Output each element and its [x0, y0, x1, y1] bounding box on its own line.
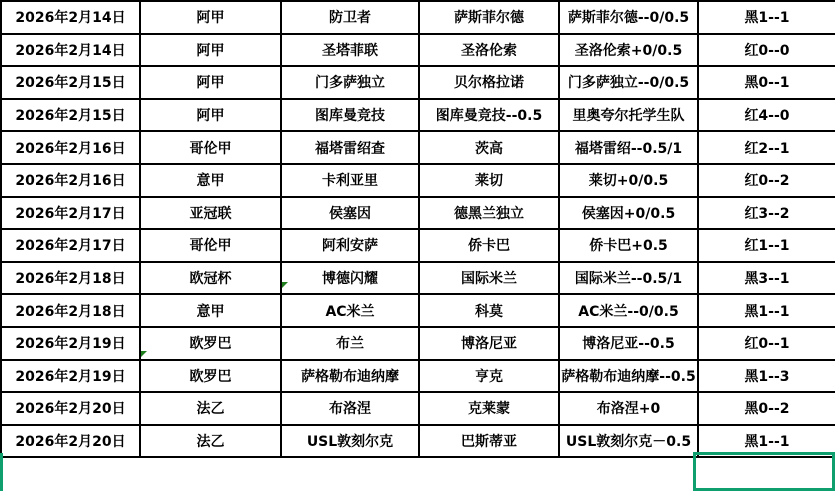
- table-row: 2026年2月18日 欧冠杯 博德闪耀 国际米兰 国际米兰--0.5/1 黑3-…: [1, 262, 835, 295]
- cell-home-team[interactable]: 阿利安萨: [281, 229, 419, 262]
- cell-league[interactable]: 阿甲: [140, 34, 281, 67]
- table-row: 2026年2月16日 意甲 卡利亚里 莱切 莱切+0/0.5 红0--2: [1, 164, 835, 197]
- cell-date[interactable]: 2026年2月20日: [1, 392, 140, 425]
- table-row: 2026年2月19日 欧罗巴 布兰 博洛尼亚 博洛尼亚--0.5 红0--1: [1, 327, 835, 360]
- cell-handicap[interactable]: 萨格勒布迪纳摩--0.5: [559, 360, 698, 393]
- table-row: 2026年2月17日 亚冠联 侯塞因 德黑兰独立 侯塞因+0/0.5 红3--2: [1, 197, 835, 230]
- table-row: 2026年2月14日 阿甲 防卫者 萨斯菲尔德 萨斯菲尔德--0/0.5 黑1-…: [1, 1, 835, 34]
- cell-away-team[interactable]: 侨卡巴: [419, 229, 559, 262]
- cell-result[interactable]: 红2--1: [698, 131, 835, 164]
- cell-league[interactable]: 哥伦甲: [140, 229, 281, 262]
- cell-league[interactable]: 欧冠杯: [140, 262, 281, 295]
- cell-home-team[interactable]: 圣塔菲联: [281, 34, 419, 67]
- cell-away-team[interactable]: 国际米兰: [419, 262, 559, 295]
- cell-date[interactable]: 2026年2月14日: [1, 1, 140, 34]
- table-row: 2026年2月18日 意甲 AC米兰 科莫 AC米兰--0/0.5 黑1--1: [1, 294, 835, 327]
- cell-result[interactable]: 黑0--2: [698, 392, 835, 425]
- cell-league[interactable]: 亚冠联: [140, 197, 281, 230]
- cell-league[interactable]: 法乙: [140, 425, 281, 458]
- table-row: 2026年2月20日 法乙 USL敦刻尔克 巴斯蒂亚 USL敦刻尔克－0.5 黑…: [1, 425, 835, 458]
- cell-league[interactable]: 欧罗巴: [140, 360, 281, 393]
- cell-result[interactable]: 红1--1: [698, 229, 835, 262]
- cell-away-team[interactable]: 图库曼竞技--0.5: [419, 99, 559, 132]
- cell-date[interactable]: 2026年2月15日: [1, 99, 140, 132]
- cell-date[interactable]: 2026年2月14日: [1, 34, 140, 67]
- cell-handicap[interactable]: 莱切+0/0.5: [559, 164, 698, 197]
- cell-result[interactable]: 红0--1: [698, 327, 835, 360]
- cell-away-team[interactable]: 克莱蒙: [419, 392, 559, 425]
- cell-home-team[interactable]: USL敦刻尔克: [281, 425, 419, 458]
- cell-date[interactable]: 2026年2月16日: [1, 164, 140, 197]
- cell-away-team[interactable]: 巴斯蒂亚: [419, 425, 559, 458]
- cell-league[interactable]: 欧罗巴: [140, 327, 281, 360]
- table-row: 2026年2月15日 阿甲 图库曼竞技 图库曼竞技--0.5 里奥夸尔托学生队 …: [1, 99, 835, 132]
- cell-handicap[interactable]: 萨斯菲尔德--0/0.5: [559, 1, 698, 34]
- cell-away-team[interactable]: 茨高: [419, 131, 559, 164]
- cell-handicap[interactable]: 门多萨独立--0/0.5: [559, 66, 698, 99]
- cell-away-team[interactable]: 科莫: [419, 294, 559, 327]
- cell-away-team[interactable]: 圣洛伦索: [419, 34, 559, 67]
- cell-league[interactable]: 意甲: [140, 164, 281, 197]
- cell-league[interactable]: 法乙: [140, 392, 281, 425]
- cell-date[interactable]: 2026年2月19日: [1, 360, 140, 393]
- cell-home-team[interactable]: 防卫者: [281, 1, 419, 34]
- row-selection-left-edge: [0, 453, 3, 491]
- cell-result[interactable]: 黑0--1: [698, 66, 835, 99]
- cell-handicap[interactable]: 福塔雷绍--0.5/1: [559, 131, 698, 164]
- cell-date[interactable]: 2026年2月16日: [1, 131, 140, 164]
- cell-result[interactable]: 红4--0: [698, 99, 835, 132]
- cell-home-team[interactable]: 门多萨独立: [281, 66, 419, 99]
- cell-handicap[interactable]: 布洛涅+0: [559, 392, 698, 425]
- cell-home-team[interactable]: AC米兰: [281, 294, 419, 327]
- cell-result[interactable]: 红3--2: [698, 197, 835, 230]
- cell-result[interactable]: 黑1--1: [698, 294, 835, 327]
- cell-result[interactable]: 黑3--1: [698, 262, 835, 295]
- cell-result[interactable]: 黑1--3: [698, 360, 835, 393]
- cell-league[interactable]: 阿甲: [140, 66, 281, 99]
- table-row: 2026年2月15日 阿甲 门多萨独立 贝尔格拉诺 门多萨独立--0/0.5 黑…: [1, 66, 835, 99]
- cell-handicap[interactable]: 博洛尼亚--0.5: [559, 327, 698, 360]
- cell-handicap[interactable]: 侯塞因+0/0.5: [559, 197, 698, 230]
- cell-league[interactable]: 意甲: [140, 294, 281, 327]
- cell-result[interactable]: 黑1--1: [698, 425, 835, 458]
- cell-away-team[interactable]: 萨斯菲尔德: [419, 1, 559, 34]
- cell-date[interactable]: 2026年2月17日: [1, 197, 140, 230]
- cell-handicap[interactable]: AC米兰--0/0.5: [559, 294, 698, 327]
- cell-date[interactable]: 2026年2月19日: [1, 327, 140, 360]
- cell-away-team[interactable]: 博洛尼亚: [419, 327, 559, 360]
- cell-result[interactable]: 红0--2: [698, 164, 835, 197]
- cell-away-team[interactable]: 贝尔格拉诺: [419, 66, 559, 99]
- cell-home-team[interactable]: 卡利亚里: [281, 164, 419, 197]
- cell-result[interactable]: 黑1--1: [698, 1, 835, 34]
- cell-away-team[interactable]: 亨克: [419, 360, 559, 393]
- cell-home-team[interactable]: 侯塞因: [281, 197, 419, 230]
- cell-away-team[interactable]: 莱切: [419, 164, 559, 197]
- cell-home-team[interactable]: 布洛涅: [281, 392, 419, 425]
- cell-home-team[interactable]: 福塔雷绍查: [281, 131, 419, 164]
- match-results-table: 2026年2月14日 阿甲 防卫者 萨斯菲尔德 萨斯菲尔德--0/0.5 黑1-…: [0, 0, 835, 458]
- table-row: 2026年2月16日 哥伦甲 福塔雷绍查 茨高 福塔雷绍--0.5/1 红2--…: [1, 131, 835, 164]
- cell-handicap[interactable]: 国际米兰--0.5/1: [559, 262, 698, 295]
- cell-result[interactable]: 红0--0: [698, 34, 835, 67]
- cell-league[interactable]: 阿甲: [140, 99, 281, 132]
- cell-away-team[interactable]: 德黑兰独立: [419, 197, 559, 230]
- cell-date[interactable]: 2026年2月20日: [1, 425, 140, 458]
- cell-date[interactable]: 2026年2月15日: [1, 66, 140, 99]
- cell-handicap[interactable]: USL敦刻尔克－0.5: [559, 425, 698, 458]
- cell-home-team[interactable]: 图库曼竞技: [281, 99, 419, 132]
- cell-handicap[interactable]: 里奥夸尔托学生队: [559, 99, 698, 132]
- cell-home-team[interactable]: 萨格勒布迪纳摩: [281, 360, 419, 393]
- cell-date[interactable]: 2026年2月18日: [1, 262, 140, 295]
- spreadsheet-viewport: 2026年2月14日 阿甲 防卫者 萨斯菲尔德 萨斯菲尔德--0/0.5 黑1-…: [0, 0, 835, 492]
- cell-date[interactable]: 2026年2月18日: [1, 294, 140, 327]
- cell-date[interactable]: 2026年2月17日: [1, 229, 140, 262]
- table-row: 2026年2月17日 哥伦甲 阿利安萨 侨卡巴 侨卡巴+0.5 红1--1: [1, 229, 835, 262]
- cell-league[interactable]: 阿甲: [140, 1, 281, 34]
- cell-handicap[interactable]: 侨卡巴+0.5: [559, 229, 698, 262]
- table-row: 2026年2月20日 法乙 布洛涅 克莱蒙 布洛涅+0 黑0--2: [1, 392, 835, 425]
- cell-home-team[interactable]: 博德闪耀: [281, 262, 419, 295]
- cell-handicap[interactable]: 圣洛伦索+0/0.5: [559, 34, 698, 67]
- table-row: 2026年2月19日 欧罗巴 萨格勒布迪纳摩 亨克 萨格勒布迪纳摩--0.5 黑…: [1, 360, 835, 393]
- table-row: 2026年2月14日 阿甲 圣塔菲联 圣洛伦索 圣洛伦索+0/0.5 红0--0: [1, 34, 835, 67]
- cell-home-team[interactable]: 布兰: [281, 327, 419, 360]
- cell-league[interactable]: 哥伦甲: [140, 131, 281, 164]
